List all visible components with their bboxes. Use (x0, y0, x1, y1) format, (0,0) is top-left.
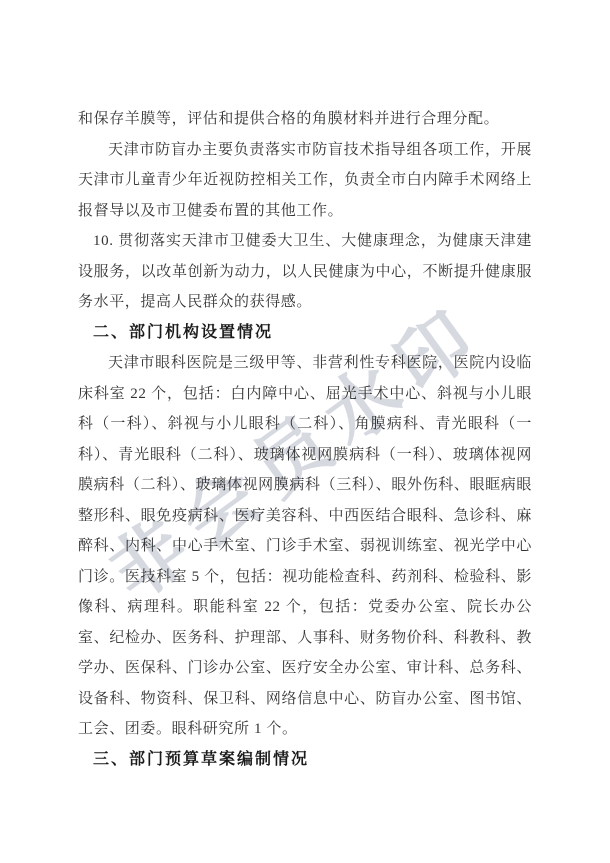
section-heading: 三、部门预算草案编制情况 (78, 745, 532, 776)
paragraph: 天津市防盲办主要负责落实市防盲技术指导组各项工作，开展天津市儿童青少年近视防控相… (78, 135, 532, 227)
paragraph: 10. 贯彻落实天津市卫健委大卫生、大健康理念，为健康天津建设服务，以改革创新为… (78, 226, 532, 318)
document-text-block: 和保存羊膜等，评估和提供合格的角膜材料并进行合理分配。天津市防盲办主要负责落实市… (78, 104, 532, 775)
document-page: 非会员水印 和保存羊膜等，评估和提供合格的角膜材料并进行合理分配。天津市防盲办主… (0, 0, 610, 863)
paragraph: 天津市眼科医院是三级甲等、非营利性专科医院，医院内设临床科室 22 个，包括：白… (78, 348, 532, 745)
section-heading: 二、部门机构设置情况 (78, 318, 532, 349)
paragraph: 和保存羊膜等，评估和提供合格的角膜材料并进行合理分配。 (78, 104, 532, 135)
